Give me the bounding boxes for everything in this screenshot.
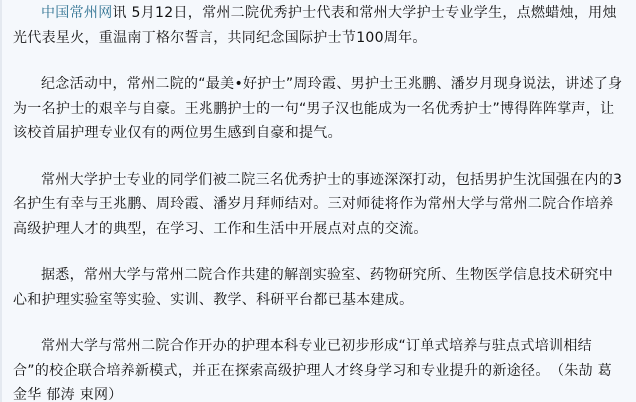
paragraph-facilities: 据悉，常州大学与常州二院合作共建的解剖实验室、药物研究所、生物医学信息技术研究中… <box>13 263 623 312</box>
left-border <box>0 0 2 402</box>
paragraph-lead: 中国常州网讯 5月12日，常州二院优秀护士代表和常州大学护士专业学生，点燃蜡烛，… <box>13 1 623 50</box>
paragraph-text: 常州大学与常州二院合作开办的护理本科专业已初步形成“订单式培养与驻点式培训相结合… <box>13 338 592 379</box>
paragraph-model: 常州大学与常州二院合作开办的护理本科专业已初步形成“订单式培养与驻点式培训相结合… <box>13 334 623 402</box>
paragraph-students: 常州大学护士专业的同学们被二院三名优秀护士的事迹深深打动，包括男护生沈国强在内的… <box>13 168 623 242</box>
paragraph-text: 纪念活动中，常州二院的“最美•好护士”周玲霞、男护士王兆鹏、潘岁月现身说法，讲述… <box>13 76 622 141</box>
paragraph-activity: 纪念活动中，常州二院的“最美•好护士”周玲霞、男护士王兆鹏、潘岁月现身说法，讲述… <box>13 72 623 146</box>
article-body: 中国常州网讯 5月12日，常州二院优秀护士代表和常州大学护士专业学生，点燃蜡烛，… <box>13 1 623 402</box>
source-link[interactable]: 中国常州网 <box>41 5 113 21</box>
paragraph-text: 常州大学护士专业的同学们被二院三名优秀护士的事迹深深打动，包括男护生沈国强在内的… <box>13 172 622 237</box>
paragraph-text: 据悉，常州大学与常州二院合作共建的解剖实验室、药物研究所、生物医学信息技术研究中… <box>13 267 613 308</box>
